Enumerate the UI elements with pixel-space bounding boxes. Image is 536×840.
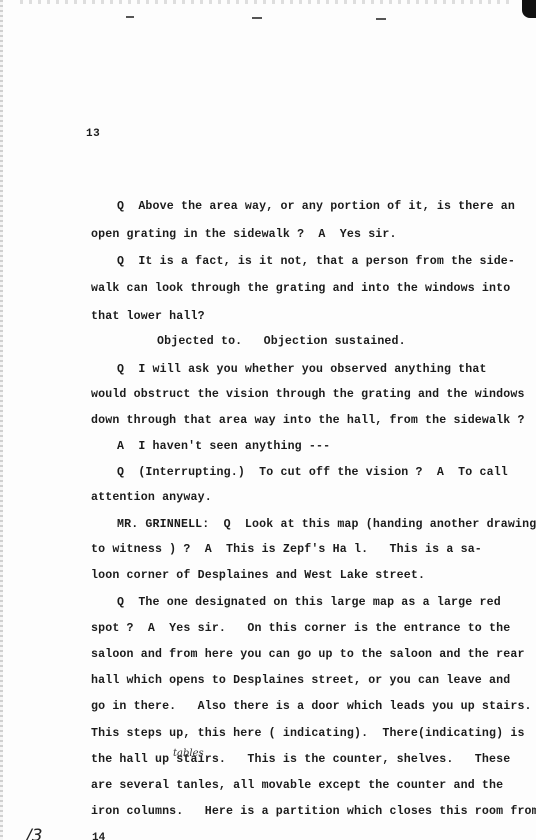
scan-top-noise <box>20 0 510 4</box>
transcript-line: Q The one designated on this large map a… <box>117 596 501 609</box>
transcript-line: down through that area way into the hall… <box>91 414 525 427</box>
transcript-line: would obstruct the vision through the gr… <box>91 388 525 401</box>
transcript-line: Q It is a fact, is it not, that a person… <box>117 255 515 268</box>
transcript-line: to witness ) ? A This is Zepf's Ha l. Th… <box>91 543 482 556</box>
transcript-line: loon corner of Desplaines and West Lake … <box>91 569 425 582</box>
transcript-line: hall which opens to Desplaines street, o… <box>91 674 510 687</box>
transcript-line: open grating in the sidewalk ? A Yes sir… <box>91 228 397 241</box>
scan-edge-artifact <box>0 0 3 840</box>
transcript-line: go in there. Also there is a door which … <box>91 700 532 713</box>
transcript-line: the hall up stairs. This is the counter,… <box>91 753 510 766</box>
scan-corner-blot <box>522 0 536 18</box>
margin-page-number: /3 <box>26 826 43 840</box>
transcript-line: Q I will ask you whether you observed an… <box>117 363 487 376</box>
transcript-line: are several tanles, all movable except t… <box>91 779 503 792</box>
footer-mark: 14 <box>92 832 105 840</box>
transcript-line: Q Above the area way, or any portion of … <box>117 200 515 213</box>
page-number: 13 <box>86 128 100 140</box>
scan-mark <box>252 17 262 19</box>
transcript-line: attention anyway. <box>91 491 212 504</box>
transcript-line: A I haven't seen anything --- <box>117 440 330 453</box>
transcript-line: walk can look through the grating and in… <box>91 282 510 295</box>
transcript-line: saloon and from here you can go up to th… <box>91 648 525 661</box>
transcript-line: This steps up, this here ( indicating). … <box>91 727 525 740</box>
transcript-line: spot ? A Yes sir. On this corner is the … <box>91 622 510 635</box>
transcript-line: that lower hall? <box>91 310 205 323</box>
transcript-line: MR. GRINNELL: Q Look at this map (handin… <box>117 518 536 531</box>
document-page: 13 Q Above the area way, or any portion … <box>0 0 536 840</box>
transcript-line: iron columns. Here is a partition which … <box>91 805 536 818</box>
scan-mark <box>126 16 134 18</box>
transcript-line: Q (Interrupting.) To cut off the vision … <box>117 466 508 479</box>
scan-mark <box>376 18 386 20</box>
handwritten-correction: tables <box>173 748 204 759</box>
transcript-line: Objected to. Objection sustained. <box>157 335 406 348</box>
